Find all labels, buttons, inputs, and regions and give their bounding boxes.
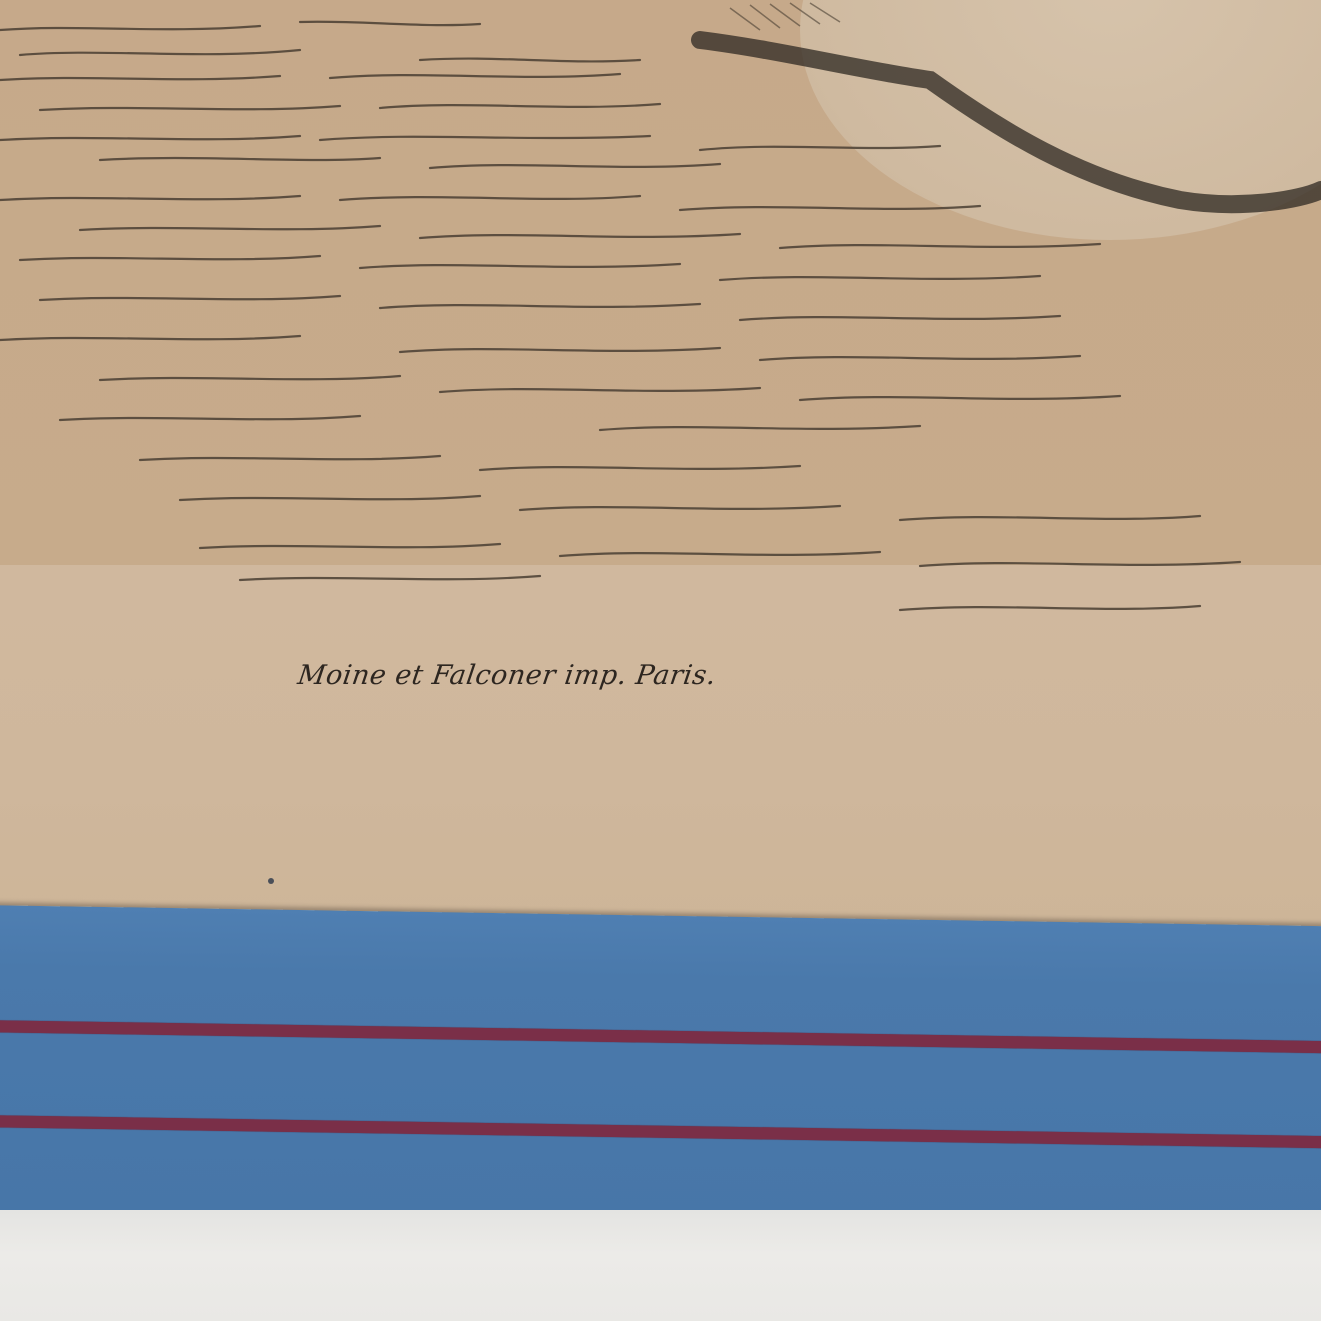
white-frame-edge — [0, 1210, 1321, 1321]
mat-red-line-upper — [0, 1020, 1321, 1054]
blue-mat-border — [0, 905, 1321, 1236]
paper-speck — [268, 878, 274, 884]
printer-imprint-caption: Moine et Falconer imp. Paris. — [296, 660, 1100, 691]
mat-red-line-lower — [0, 1115, 1321, 1149]
engraving-hatching — [0, 0, 1321, 640]
print-paper: Moine et Falconer imp. Paris. — [0, 0, 1321, 930]
